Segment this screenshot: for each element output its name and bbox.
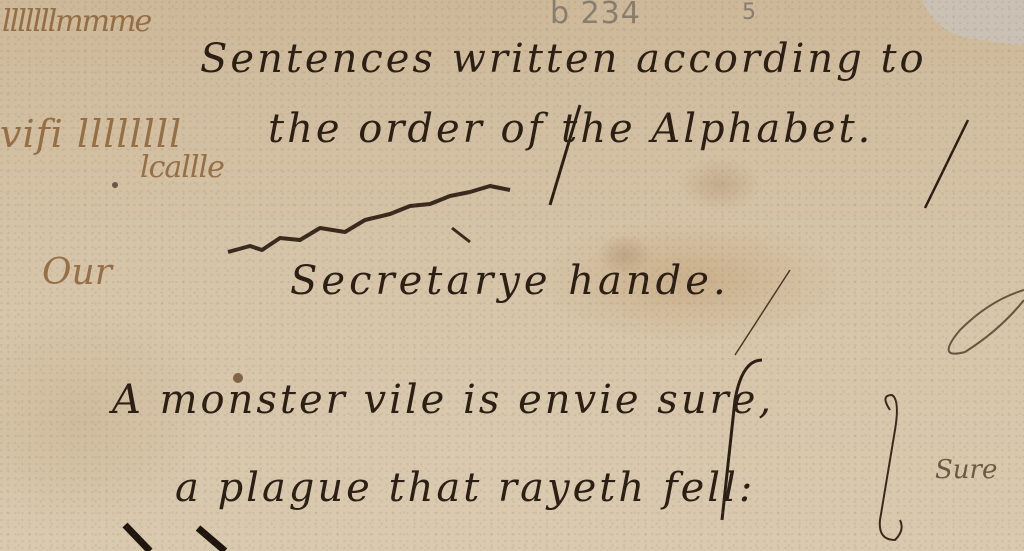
torn-corner bbox=[911, 0, 1024, 49]
cancellation-scribble bbox=[228, 186, 510, 252]
verse-line-1: A monster vile is envie sure, bbox=[112, 377, 774, 423]
ink-tick bbox=[452, 228, 470, 242]
marginal-word-sure: Sure bbox=[935, 455, 997, 485]
marginal-word-our: Our bbox=[42, 252, 112, 293]
ink-flourishes bbox=[0, 0, 1024, 551]
cropped-stroke-1 bbox=[125, 525, 150, 551]
pencil-shelfmark: b 234 bbox=[550, 0, 641, 31]
pen-trial-left-2: lcallle bbox=[140, 150, 224, 185]
subtitle-secretary-hand: Secretarye hande. bbox=[290, 258, 730, 304]
ink-speck bbox=[112, 182, 118, 188]
descender-stroke bbox=[550, 105, 580, 205]
cropped-stroke-2 bbox=[198, 528, 225, 551]
margin-loop-flourish bbox=[949, 290, 1024, 354]
pen-trial-top-left: lllllllmmme bbox=[2, 4, 150, 39]
verse-line-2: a plague that rayeth fell: bbox=[175, 465, 755, 511]
ink-blot bbox=[233, 373, 243, 383]
parchment-page: b 234 5 lllllllmmme vifi llllllll lcalll… bbox=[0, 0, 1024, 551]
pen-trial-left: vifi llllllll bbox=[0, 112, 182, 156]
long-s-stroke bbox=[722, 360, 762, 520]
heading-line-2: the order of the Alphabet. bbox=[268, 106, 873, 152]
heading-line-1: Sentences written according to bbox=[200, 36, 927, 82]
slash-mark bbox=[925, 120, 968, 208]
thin-slash-mark bbox=[735, 270, 790, 355]
bracket-flourish bbox=[880, 395, 902, 540]
pencil-shelfmark-suffix: 5 bbox=[742, 0, 756, 25]
